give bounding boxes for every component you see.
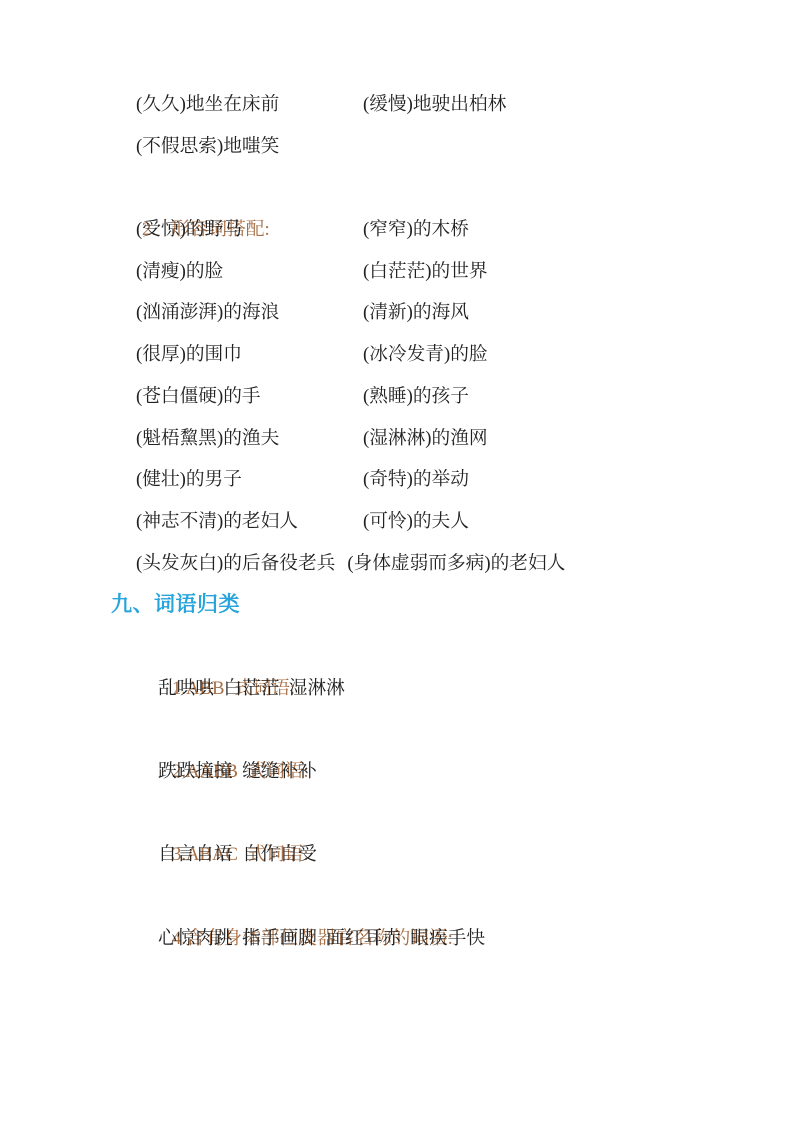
adverb-row: (久久)地坐在床前 (缓慢)地驶出柏林 [0, 84, 793, 126]
adverb-row: (不假思索)地嗤笑 [0, 126, 793, 168]
adjective-phrase: (湿淋淋)的渔网 [363, 418, 488, 460]
adjective-phrase: (清瘦)的脸 [136, 251, 363, 293]
adjective-phrase: (健壮)的男子 [136, 459, 363, 501]
category-item-abb: 1.ABB 式词语: [0, 626, 793, 668]
adjective-phrase: (奇特)的举动 [363, 459, 469, 501]
adjective-phrase: (苍白僵硬)的手 [136, 376, 363, 418]
category-words: 自言自语 自作自受 [0, 834, 793, 876]
adjective-phrase: (白茫茫)的世界 [363, 251, 488, 293]
document-body: (久久)地坐在床前 (缓慢)地驶出柏林 (不假思索)地嗤笑 2.形容词搭配: (… [0, 84, 793, 959]
adjective-phrase: (魁梧黧黑)的渔夫 [136, 418, 363, 460]
adjective-row: (健壮)的男子 (奇特)的举动 [0, 459, 793, 501]
category-words: 乱哄哄 白茫茫 湿淋淋 [0, 668, 793, 710]
adjective-row: (汹涌澎湃)的海浪 (清新)的海风 [0, 292, 793, 334]
adjective-phrase: (可怜)的夫人 [363, 501, 469, 543]
adverb-phrase: (缓慢)地驶出柏林 [363, 84, 506, 126]
category-item-body-parts: 4.含有身体部位及器官名称的词语: [0, 876, 793, 918]
adverb-phrase: (久久)地坐在床前 [136, 84, 363, 126]
adverb-phrase: (不假思索)地嗤笑 [136, 126, 363, 168]
section-heading-adjective-pairing: 2.形容词搭配: [0, 167, 793, 209]
category-words: 心惊肉跳 指手画脚 面红耳赤 眼疾手快 [0, 918, 793, 960]
adjective-phrase: (身体虚弱而多病)的老妇人 [347, 543, 565, 585]
adjective-phrase: (神志不清)的老妇人 [136, 501, 363, 543]
adjective-row: (神志不清)的老妇人 (可怜)的夫人 [0, 501, 793, 543]
category-item-aabb: 2.AABB 式词语: [0, 709, 793, 751]
adjective-phrase: (头发灰白)的后备役老兵 [136, 543, 335, 585]
adjective-row: (苍白僵硬)的手 (熟睡)的孩子 [0, 376, 793, 418]
adjective-row: (头发灰白)的后备役老兵 (身体虚弱而多病)的老妇人 [0, 543, 793, 585]
category-words: 跌跌撞撞 缝缝补补 [0, 751, 793, 793]
adjective-phrase: (很厚)的围巾 [136, 334, 363, 376]
adjective-phrase: (冰冷发青)的脸 [363, 334, 488, 376]
adjective-phrase: (清新)的海风 [363, 292, 469, 334]
adjective-row: (很厚)的围巾 (冰冷发青)的脸 [0, 334, 793, 376]
section-heading-word-categories: 九、词语归类 [0, 584, 793, 626]
adjective-row: (魁梧黧黑)的渔夫 (湿淋淋)的渔网 [0, 418, 793, 460]
document-page: (久久)地坐在床前 (缓慢)地驶出柏林 (不假思索)地嗤笑 2.形容词搭配: (… [0, 0, 793, 1122]
adjective-phrase: (受惊)的野马 [136, 209, 363, 251]
adjective-phrase: (汹涌澎湃)的海浪 [136, 292, 363, 334]
adjective-phrase: (窄窄)的木桥 [363, 209, 469, 251]
adjective-phrase: (熟睡)的孩子 [363, 376, 469, 418]
category-item-abac: 3.ABAC 式词语: [0, 793, 793, 835]
